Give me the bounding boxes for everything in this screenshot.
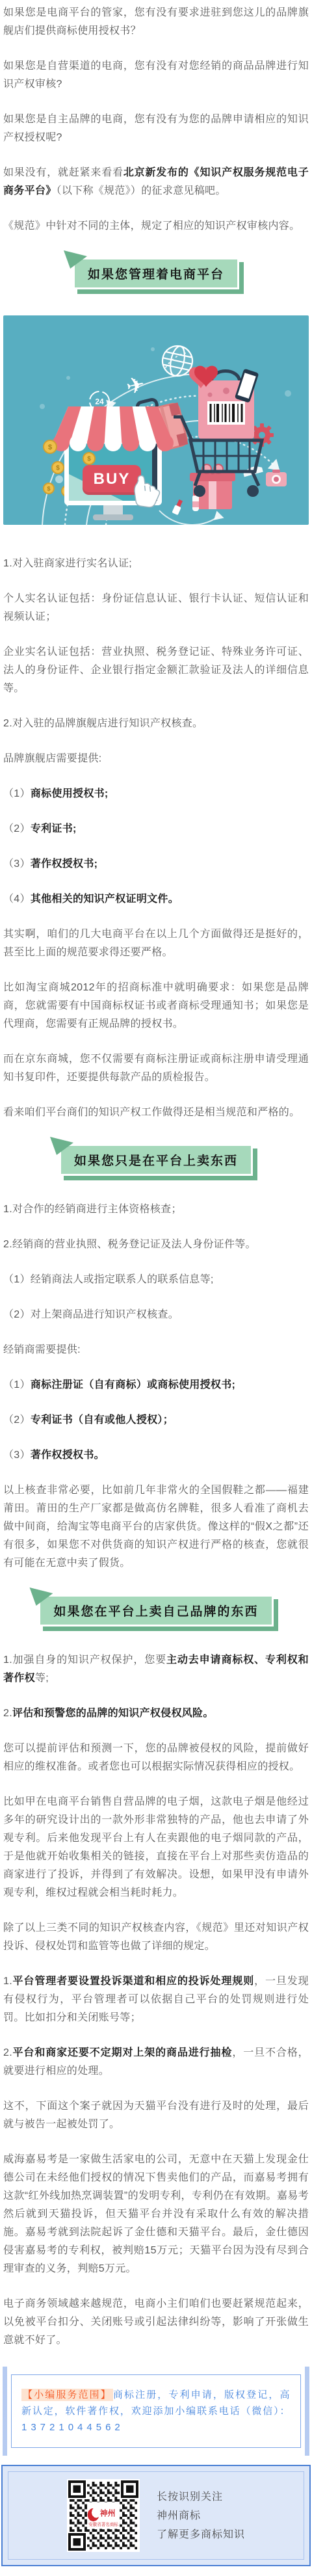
body-text: 《规范》中针对不同的主体，规定了相应的知识产权审核内容。 [3,220,300,232]
paragraph: 您可以提前评估和预测一下，您的品牌被侵权的风险，提前做好相应的维权准备。或者您也… [3,1740,309,1776]
storefront-awning-icon [53,406,174,451]
body-text: 1.对入驻商家进行实名认证; [3,558,132,569]
bold-text: 商标使用授权书; [31,788,109,799]
body-text: 以上核查非常必要，比如前几年非常火的全国假鞋之都——福建莆田。莆田的生产厂家都是… [3,1485,309,1569]
body-text: 如果您是自主品牌的电商，您有没有为您的品牌申请相应的知识产权授权呢? [3,114,309,143]
ribbon-fold-icon [50,1137,73,1155]
qr-code-image[interactable]: 神州 安徽省著名商标 [67,2479,140,2552]
qr-caption-line: 了解更多商标知识 [157,2525,245,2544]
body-text: 比如淘宝商城2012年的招商标准中就明确要求：如果您是品牌商，您就需要有中国商标… [3,982,309,1029]
paragraph: 威海嘉易考是一家做生活家电的公司，无意中在天猫上发现金仕德公司在未经他们授权的情… [3,2151,309,2278]
paragraph: 2.对入驻的品牌旗舰店进行知识产权核查。 [3,715,309,733]
body-text: 2. [3,1708,12,1719]
body-text: 除了以上三类不同的知识产权核查内容，《规范》里还对知识产权投诉、侵权处罚和监管等… [3,1922,309,1952]
body-text: （4） [3,894,31,905]
paragraph: 1.对合作的经销商进行主体资格核查； [3,1201,309,1219]
article-page: 如果您是电商平台的管家，您有没有要求进驻到您这儿的品牌旗舰店们提供商标使用授权书… [0,0,312,2576]
paragraph: 这不，下面这个案子就因为天猫平台没有进行及时的处理，最后就与被告一起被处罚了。 [3,2097,309,2134]
body-text: 个人实名认证包括：身份证信息认证、银行卡认证、短信认证和视频认证； [3,593,309,622]
service-scope-highlight: 【小编服务范围】 [21,2389,113,2401]
buy-button: BUY [83,465,141,495]
ecommerce-illustration: ✈ 24 SALE $ [3,315,309,525]
body-text: 1. [3,1976,12,1987]
body-text: 您可以提前评估和预测一下，您的品牌被侵权的风险，提前做好相应的维权准备。或者您也… [3,1743,309,1772]
paragraph: 比如甲在电商平台销售自营品牌的电子烟，这款电子烟是他经过多年的研究设计出的一款外… [3,1793,309,1902]
service-phone-number: 13721044562 [21,2422,124,2433]
paragraph: 而在京东商城，您不仅需要有商标注册证或商标注册申请受理通知书复印件，还要提供每款… [3,1050,309,1087]
body-text: （以下称《规范》）的征求意见稿吧。 [57,185,226,196]
paragraph: （2）专利证书; [3,820,309,838]
bold-text: 商标注册证（自有商标）或商标使用授权书; [31,1379,235,1390]
qr-caption-line: 神州商标 [157,2506,245,2525]
paragraph: （1）商标使用授权书; [3,785,309,803]
service-scope-section: 【小编服务范围】商标注册，专利申请，版权登记，高新认定，软件著作权，欢迎添加小编… [3,2367,309,2456]
bold-text: 其他相关的知识产权证明文件。 [31,894,179,905]
paragraph: 个人实名认证包括：身份证信息认证、银行卡认证、短信认证和视频认证； [3,590,309,626]
bold-text: 评估和预警您的品牌的知识产权侵权风险。 [12,1708,214,1719]
section-banner-box: 如果您管理着电商平台 [73,258,239,289]
body-text: 如果您是电商平台的管家，您有没有要求进驻到您这儿的品牌旗舰店们提供商标使用授权书… [3,7,309,36]
bold-text: 专利证书; [31,823,77,834]
article-body: 如果您是电商平台的管家，您有没有要求进驻到您这儿的品牌旗舰店们提供商标使用授权书… [0,0,312,2350]
section-banner: 如果您只是在平台上卖东西 [3,1144,309,1176]
section-banner-label: 如果您管理着电商平台 [88,268,224,282]
paragraph: 比如淘宝商城2012年的招商标准中就明确要求：如果您是品牌商，您就需要有中国商标… [3,979,309,1033]
paragraph: （2）专利证书（自有或他人授权）； [3,1411,309,1429]
paragraph: 如果您是自主品牌的电商，您有没有为您的品牌申请相应的知识产权授权呢? [3,111,309,147]
paragraph: （2）对上架商品进行知识产权核查。 [3,1306,309,1324]
section-banner-box: 如果您在平台上卖自己品牌的东西 [38,1595,273,1627]
bold-text: 专利证书（自有或他人授权）； [31,1414,174,1426]
svg-text:$: $ [48,444,52,451]
paragraph: （4）其他相关的知识产权证明文件。 [3,890,309,909]
service-scope-box: 【小编服务范围】商标注册，专利申请，版权登记，高新认定，软件著作权，欢迎添加小编… [11,2374,301,2448]
svg-text:BUY: BUY [94,470,131,488]
body-text: 经销商需要提供: [3,1344,81,1355]
paragraph: 1.加强自身的知识产权保护，您要主动去申请商标权、专利权和著作权等; [3,1651,309,1688]
paragraph: 2.平台和商家还要不定期对上架的商品进行抽检，一旦不合格，就要进行相应的处理。 [3,2044,309,2080]
section-banner: 如果您管理着电商平台 [3,258,309,289]
barcode-icon [207,401,245,425]
body-text: 1.对合作的经销商进行主体资格核查； [3,1204,182,1215]
qr-logo-text: 神州 [100,2508,116,2517]
body-text: 2.对入驻的品牌旗舰店进行知识产权核查。 [3,718,203,729]
paragraph: 1.对入驻商家进行实名认证; [3,555,309,573]
paragraph: 1.平台管理者要设置投诉渠道和相应的投诉处理规则，一旦发现有侵权行为，平台管理者… [3,1972,309,2027]
svg-text:$: $ [47,486,50,492]
qr-caption-line: 长按识别关注 [157,2488,245,2506]
qr-row: 神州 安徽省著名商标 长按识别关注 神州商标 了解更多商标知识 [3,2479,309,2552]
bold-text: 著作权授权书; [31,858,97,870]
qr-center-logo: 神州 安徽省著名商标 [87,2503,120,2529]
body-text: 1.加强自身的知识产权保护，您要 [3,1654,166,1666]
paragraph: 如果您是电商平台的管家，您有没有要求进驻到您这儿的品牌旗舰店们提供商标使用授权书… [3,4,309,40]
paragraph: 品牌旗舰店需要提供: [3,750,309,768]
paragraph: 经销商需要提供: [3,1341,309,1359]
paragraph: （1）经销商法人或指定联系人的联系信息等; [3,1271,309,1289]
body-text: （2） [3,823,31,834]
paragraph: 2.评估和预警您的品牌的知识产权侵权风险。 [3,1705,309,1723]
paragraph: 2.经销商的营业执照、税务登记证及法人身份证件等。 [3,1236,309,1254]
body-text: 而在京东商城，您不仅需要有商标注册证或商标注册申请受理通知书复印件，还要提供每款… [3,1054,309,1083]
qr-follow-panel: 神州 安徽省著名商标 长按识别关注 神州商标 了解更多商标知识 [1,2465,311,2566]
body-text: （3） [3,858,31,870]
svg-text:$: $ [87,456,91,463]
body-text: 威海嘉易考是一家做生活家电的公司，无意中在天猫上发现金仕德公司在未经他们授权的情… [3,2154,309,2274]
body-text: （3） [3,1450,31,1461]
paragraph: 其实啊，咱们的几大电商平台在以上几个方面做得还是挺好的，甚至比上面的规范要求得还… [3,925,309,962]
section-banner-label: 如果您在平台上卖自己品牌的东西 [53,1605,258,1619]
body-text: 其实啊，咱们的几大电商平台在以上几个方面做得还是挺好的，甚至比上面的规范要求得还… [3,929,309,958]
body-text: （2） [3,1414,31,1426]
paragraph: （1）商标注册证（自有商标）或商标使用授权书; [3,1376,309,1394]
body-text: 企业实名认证包括：营业执照、税务登记证、特殊业务许可证、法人的身份证件、企业银行… [3,646,309,694]
svg-text:24: 24 [95,397,104,406]
paragraph: 电子商务领域越来越规范，电商小主们咱们也要赶紧规范起来，以免被平台扣分、关闭账号… [3,2295,309,2350]
paragraph: 如果您是自营渠道的电商，您有没有对您经销的商品品牌进行知识产权审核? [3,57,309,94]
qr-logo-caption: 安徽省著名商标 [88,2521,118,2527]
svg-text:$: $ [56,465,60,472]
body-text: （1）经销商法人或指定联系人的联系信息等; [3,1274,214,1285]
body-text: 等; [35,1673,49,1684]
paragraph: 除了以上三类不同的知识产权核查内容，《规范》里还对知识产权投诉、侵权处罚和监管等… [3,1919,309,1956]
bold-text: 平台管理者要设置投诉渠道和相应的投诉处理规则 [12,1976,254,1987]
body-text: （1） [3,1379,31,1390]
section-banner-box: 如果您只是在平台上卖东西 [59,1144,253,1176]
ribbon-fold-icon [29,1587,53,1606]
qr-caption-lines: 长按识别关注 神州商标 了解更多商标知识 [157,2488,245,2544]
bold-text: 著作权授权书。 [31,1450,105,1461]
paragraph: （3）著作权授权书; [3,855,309,873]
body-text: （1） [3,788,31,799]
paragraph: 如果没有，就赶紧来看看北京新发布的《知识产权服务规范电子商务平台》（以下称《规范… [3,164,309,200]
paragraph: 企业实名认证包括：营业执照、税务登记证、特殊业务许可证、法人的身份证件、企业银行… [3,643,309,698]
body-text: （2）对上架商品进行知识产权核查。 [3,1309,179,1320]
body-text: 电子商务领域越来越规范，电商小主们咱们也要赶紧规范起来，以免被平台扣分、关闭账号… [3,2298,309,2346]
paragraph: 《规范》中针对不同的主体，规定了相应的知识产权审核内容。 [3,217,309,235]
body-text: 看来咱们平台商们的知识产权工作做得还是相当规范和严格的。 [3,1107,300,1118]
body-text: 比如甲在电商平台销售自营品牌的电子烟，这款电子烟是他经过多年的研究设计出的一款外… [3,1796,309,1898]
body-text: 品牌旗舰店需要提供: [3,753,101,764]
paragraph: （3）著作权授权书。 [3,1446,309,1465]
body-text: 如果没有，就赶紧来看看 [3,167,123,178]
section-banner: 如果您在平台上卖自己品牌的东西 [3,1595,309,1627]
body-text: 这不，下面这个案子就因为天猫平台没有进行及时的处理，最后就与被告一起被处罚了。 [3,2101,309,2130]
body-text: 2.经销商的营业执照、税务登记证及法人身份证件等。 [3,1239,256,1250]
paragraph: 看来咱们平台商们的知识产权工作做得还是相当规范和严格的。 [3,1104,309,1122]
bold-text: 平台和商家还要不定期对上架的商品进行抽检 [12,2047,232,2058]
body-text: 如果您是自营渠道的电商，您有没有对您经销的商品品牌进行知识产权审核? [3,60,309,90]
section-banner-label: 如果您只是在平台上卖东西 [74,1154,238,1168]
paragraph: 以上核查非常必要，比如前几年非常火的全国假鞋之都——福建莆田。莆田的生产厂家都是… [3,1481,309,1573]
body-text: 2. [3,2047,12,2058]
ribbon-fold-icon [64,250,87,269]
